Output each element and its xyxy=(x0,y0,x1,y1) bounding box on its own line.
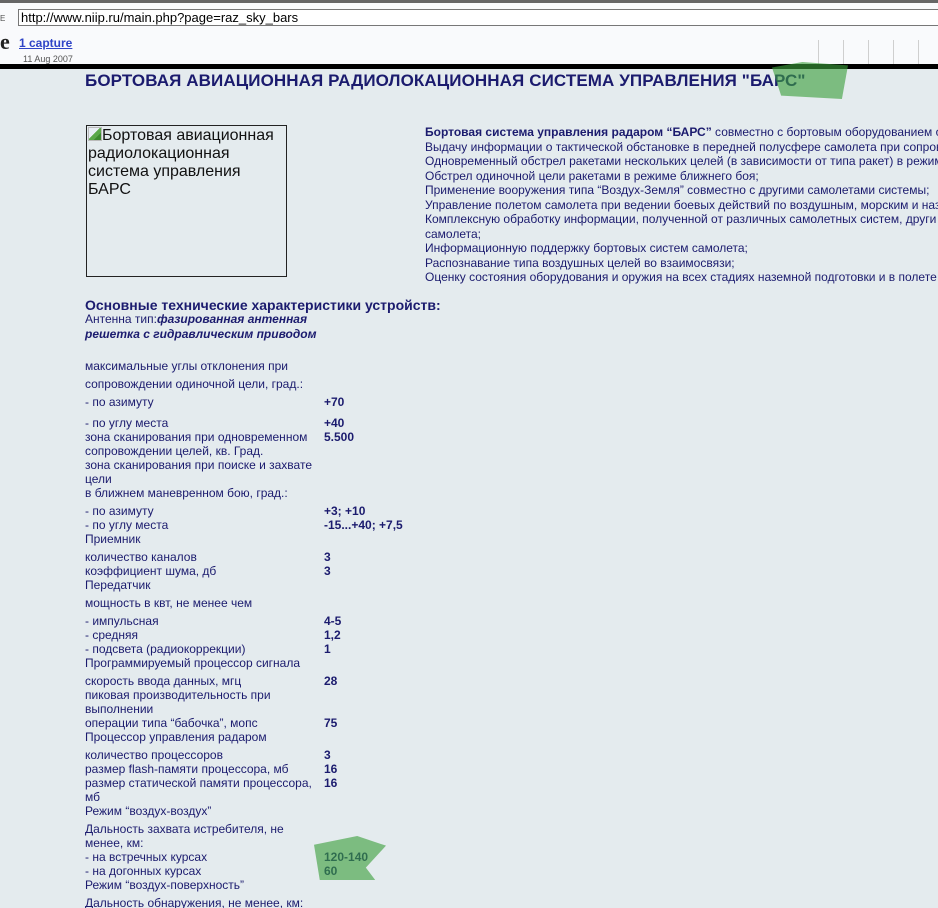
spec-label: в ближнем маневренном бою, град.: xyxy=(85,486,320,500)
spec-label: Процессор управления радаром xyxy=(85,730,320,744)
spec-label: операции типа “бабочка”, мопс xyxy=(85,716,320,730)
spec-value: 1 xyxy=(324,642,331,656)
spec-value: 3 xyxy=(324,748,331,762)
description-line: самолета; xyxy=(425,227,938,242)
timeline-tick[interactable] xyxy=(818,40,819,67)
spec-label: Режим “воздух-воздух” xyxy=(85,804,320,818)
captures-link[interactable]: 1 capture xyxy=(19,36,72,50)
spec-label: - импульсная xyxy=(85,614,320,628)
spec-label: количество процессоров xyxy=(85,748,320,762)
wayback-side-label: E xyxy=(0,14,5,23)
wayback-toolbar: E e http://www.niip.ru/main.php?page=raz… xyxy=(0,0,938,69)
description-line: Комплексную обработку информации, получе… xyxy=(425,212,938,227)
broken-image-icon xyxy=(88,127,102,141)
page-title: БОРТОВАЯ АВИАЦИОННАЯ РАДИОЛОКАЦИОННАЯ СИ… xyxy=(85,71,806,91)
spec-label: - на встречных курсах xyxy=(85,850,320,864)
timeline-tick[interactable] xyxy=(868,40,869,67)
antenna-type: Антенна тип:фазированная антенная решетк… xyxy=(85,312,345,342)
spec-label: Передатчик xyxy=(85,578,320,592)
spec-label: Дальность захвата истребителя, не менее,… xyxy=(85,822,320,850)
description-line: Оценку состояния оборудования и оружия н… xyxy=(425,270,938,285)
wayback-logo-icon[interactable]: e xyxy=(0,33,10,51)
spec-label: зона сканирования при поиске и захвате ц… xyxy=(85,458,320,486)
spec-label: - по азимуту xyxy=(85,504,320,518)
spec-label: скорость ввода данных, мгц xyxy=(85,674,320,688)
spec-value: +40 xyxy=(324,416,344,430)
spec-value: 4-5 xyxy=(324,614,341,628)
spec-value: +70 xyxy=(324,395,344,409)
spec-value: 5.500 xyxy=(324,430,354,444)
window-top-edge xyxy=(0,0,938,3)
description-line: Одновременный обстрел ракетами нескольки… xyxy=(425,154,938,169)
spec-label: Режим “воздух-поверхность” xyxy=(85,878,320,892)
capture-date: 11 Aug 2007 xyxy=(23,54,73,64)
product-image-placeholder: Бортовая авиационная радиолокационная си… xyxy=(86,125,287,277)
spec-label: размер flash-памяти процессора, мб xyxy=(85,762,320,776)
spec-label: максимальные углы отклонения при xyxy=(85,359,320,373)
spec-label: - по углу места xyxy=(85,518,320,532)
spec-label: - подсвета (радиокоррекции) xyxy=(85,642,320,656)
spec-label: Приемник xyxy=(85,532,320,546)
url-input[interactable]: http://www.niip.ru/main.php?page=raz_sky… xyxy=(18,9,938,26)
spec-label: Дальность обнаружения, не менее, км: xyxy=(85,896,320,908)
spec-label: размер статической памяти процессора, мб xyxy=(85,776,320,804)
spec-label: - средняя xyxy=(85,628,320,642)
description-line: Распознавание типа воздушных целей во вз… xyxy=(425,256,938,271)
spec-label: сопровождении одиночной цели, град.: xyxy=(85,377,320,391)
spec-label: зона сканирования при одновременном сопр… xyxy=(85,430,320,458)
spec-value: 28 xyxy=(324,674,337,688)
timeline-tick[interactable] xyxy=(843,40,844,67)
specs-heading: Основные технические характеристики устр… xyxy=(85,297,441,313)
description-block: Бортовая система управления радаром “БАР… xyxy=(425,125,938,285)
timeline-tick[interactable] xyxy=(893,40,894,67)
spec-label: Программируемый процессор сигнала xyxy=(85,656,320,670)
highlight-mark xyxy=(314,836,386,880)
spec-label: - по азимуту xyxy=(85,395,320,409)
spec-value: 3 xyxy=(324,564,331,578)
spec-label: коэффициент шума, дб xyxy=(85,564,320,578)
spec-value: 16 xyxy=(324,762,337,776)
spec-label: - по углу места xyxy=(85,416,320,430)
description-line: Информационную поддержку бортовых систем… xyxy=(425,241,938,256)
spec-value: 3 xyxy=(324,550,331,564)
spec-value: +3; +10 xyxy=(324,504,365,518)
description-line: Выдачу информации о тактической обстанов… xyxy=(425,140,938,155)
description-line: Управление полетом самолета при ведении … xyxy=(425,198,938,213)
spec-value: 1,2 xyxy=(324,628,341,642)
description-line: Обстрел одиночной цели ракетами в режиме… xyxy=(425,169,938,184)
spec-value: -15...+40; +7,5 xyxy=(324,518,403,532)
spec-label: мощность в квт, не менее чем xyxy=(85,596,320,610)
spec-value: 16 xyxy=(324,776,337,790)
image-alt-text: Бортовая авиационная радиолокационная си… xyxy=(88,127,274,198)
description-lead: Бортовая система управления радаром “БАР… xyxy=(425,125,938,140)
spec-label: пиковая производительность при выполнени… xyxy=(85,688,320,716)
spec-value: 75 xyxy=(324,716,337,730)
spec-label: количество каналов xyxy=(85,550,320,564)
timeline-tick[interactable] xyxy=(918,40,919,67)
description-line: Применение вооружения типа “Воздух-Земля… xyxy=(425,183,938,198)
spec-label: - на догонных курсах xyxy=(85,864,320,878)
